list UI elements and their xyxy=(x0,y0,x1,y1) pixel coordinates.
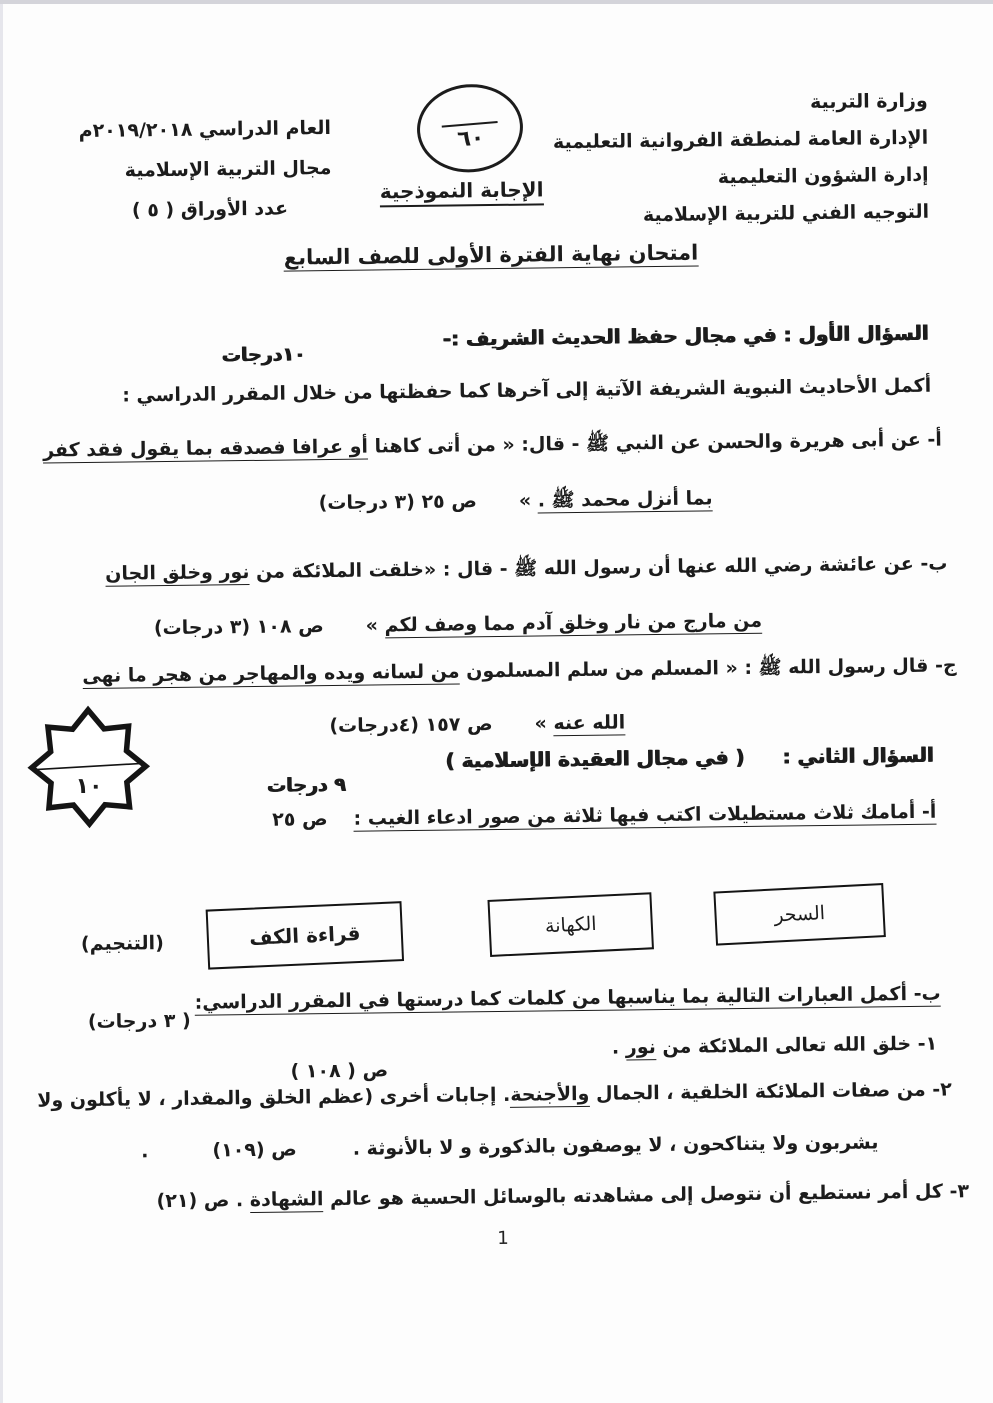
fill1-given: ١- خلق الله تعالى الملائكة من xyxy=(656,1033,938,1058)
fill2-tail-dot: . xyxy=(141,1140,148,1162)
answer-box-label: الكهانة xyxy=(544,912,597,936)
alternate-answer-astrology: (التنجيم) xyxy=(81,932,164,955)
answer-box-label: السحر xyxy=(774,902,826,927)
fill2-answer: والأجنحة xyxy=(510,1083,589,1108)
scanned-exam-page: وزارة التربية الإدارة العامة لمنطقة الفر… xyxy=(0,0,993,1403)
fill1-reference: ص ( ١٠٨ ) xyxy=(290,1059,388,1082)
fill1-answer: نور xyxy=(626,1036,656,1060)
answer-box-sorcery: السحر xyxy=(713,883,886,946)
page-content: وزارة التربية الإدارة العامة لمنطقة الفر… xyxy=(0,0,993,1403)
answer-box-palm-reading: قراءة الكف xyxy=(206,901,404,969)
part-b-marks: ( ٣ درجات) xyxy=(88,1010,191,1033)
fill2-given: ٢- من صفات الملائكة الخلقية ، الجمال xyxy=(589,1078,952,1104)
fill-item-1: ١- خلق الله تعالى الملائكة من نور . xyxy=(612,1033,937,1059)
fill1-period: . xyxy=(612,1036,626,1058)
fill3-answer: الشهادة xyxy=(250,1188,324,1213)
answer-box-soothsaying: الكهانة xyxy=(487,892,654,957)
fill2-reference: ص (١٠٩) xyxy=(212,1138,297,1161)
fill3-reference: ص (٢١) xyxy=(156,1189,229,1212)
fill3-period: . xyxy=(236,1189,250,1211)
answer-box-label: قراءة الكف xyxy=(249,921,361,950)
